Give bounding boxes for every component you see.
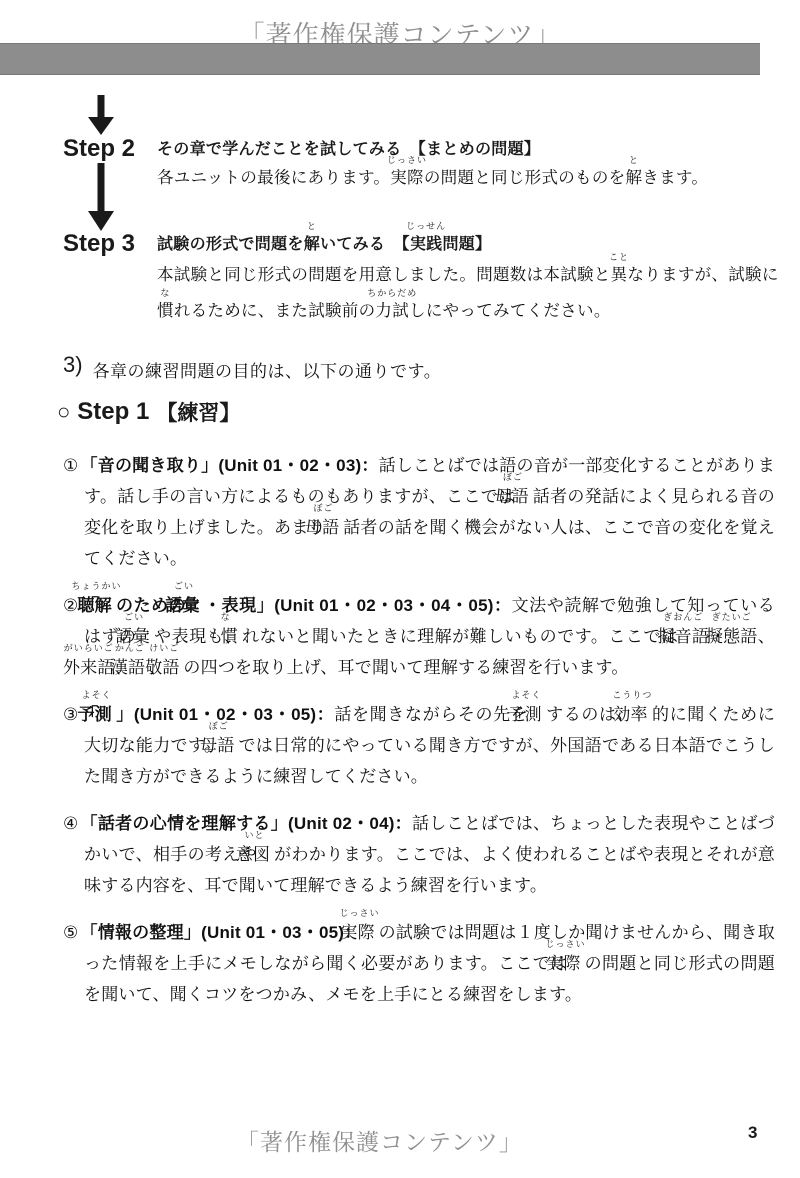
item-number: ④ xyxy=(63,814,79,833)
step2-body-line: 各ユニットの最後にあります。実際じっさいの問題と同じ形式のものを解ときます。 xyxy=(157,164,708,188)
item-text: 「予測よそく」(Unit 01・02・03・05)：話を聞きながらその先を予測よ… xyxy=(81,705,775,786)
down-arrow-icon xyxy=(88,163,114,231)
step3-label: Step 3 xyxy=(63,230,135,258)
practice-item-1: ①「音の聞き取り」(Unit 01・02・03)：話しことばでは語の音が一部変化… xyxy=(63,450,775,574)
copyright-watermark-bottom: 「著作権保護コンテンツ」 xyxy=(236,1124,523,1157)
practice-item-5: ⑤「情報の整理」(Unit 01・03・05)：実際じっさいの試験では問題は１度… xyxy=(63,917,775,1010)
practice-item-4: ④「話者の心情を理解する」(Unit 02・04)：話しことばでは、ちょっとした… xyxy=(63,808,775,901)
down-arrow-icon xyxy=(88,95,114,135)
section-3-heading: 3) 各章の練習問題の目的は、以下の通りです。 xyxy=(63,352,441,382)
page-number: 3 xyxy=(748,1123,757,1143)
item-text: 「聴解ちょうかいのための語彙ごい・表現」(Unit 01・02・03・04・05… xyxy=(81,596,775,677)
step3-body-line: 慣なれるために、また試験前の力試ちからだめしにやってみてください。 xyxy=(157,297,611,321)
step3-heading: 試験の形式で問題を解といてみる 【実践じっせん問題】 xyxy=(157,231,491,254)
step1-section-heading: ○ Step 1 【練習】 xyxy=(57,397,240,427)
step1-label: Step 1 xyxy=(77,398,149,426)
step2-label: Step 2 xyxy=(63,135,135,163)
step1-subtitle: 【練習】 xyxy=(156,397,240,427)
practice-item-3: ③「予測よそく」(Unit 01・02・03・05)：話を聞きながらその先を予測… xyxy=(63,699,775,792)
step3-body-line: 本試験と同じ形式の問題を用意しました。問題数は本試験と異ことなりますが、試験に xyxy=(157,261,779,285)
section-number: 3) xyxy=(63,352,83,378)
practice-item-list: ①「音の聞き取り」(Unit 01・02・03)：話しことばでは語の音が一部変化… xyxy=(63,450,775,1026)
item-text: 「話者の心情を理解する」(Unit 02・04)：話しことばでは、ちょっとした表… xyxy=(81,814,775,895)
item-number: ① xyxy=(63,456,78,475)
item-text: 「情報の整理」(Unit 01・03・05)：実際じっさいの試験では問題は１度し… xyxy=(80,923,775,1004)
item-number: ③ xyxy=(63,705,79,724)
section-text: 各章の練習問題の目的は、以下の通りです。 xyxy=(93,352,442,382)
circle-bullet-icon: ○ xyxy=(57,399,70,425)
scanned-textbook-page: { "page": { "top_watermark": "「著作権保護コンテン… xyxy=(0,0,800,1178)
item-text: 「音の聞き取り」(Unit 01・02・03)：話しことばでは語の音が一部変化す… xyxy=(80,456,775,568)
item-number: ⑤ xyxy=(63,923,78,942)
gray-banner-bar xyxy=(0,43,760,75)
practice-item-2: ②「聴解ちょうかいのための語彙ごい・表現」(Unit 01・02・03・04・0… xyxy=(63,590,775,683)
step2-heading: その章で学んだことを試してみる 【まとめの問題】 xyxy=(157,136,540,159)
